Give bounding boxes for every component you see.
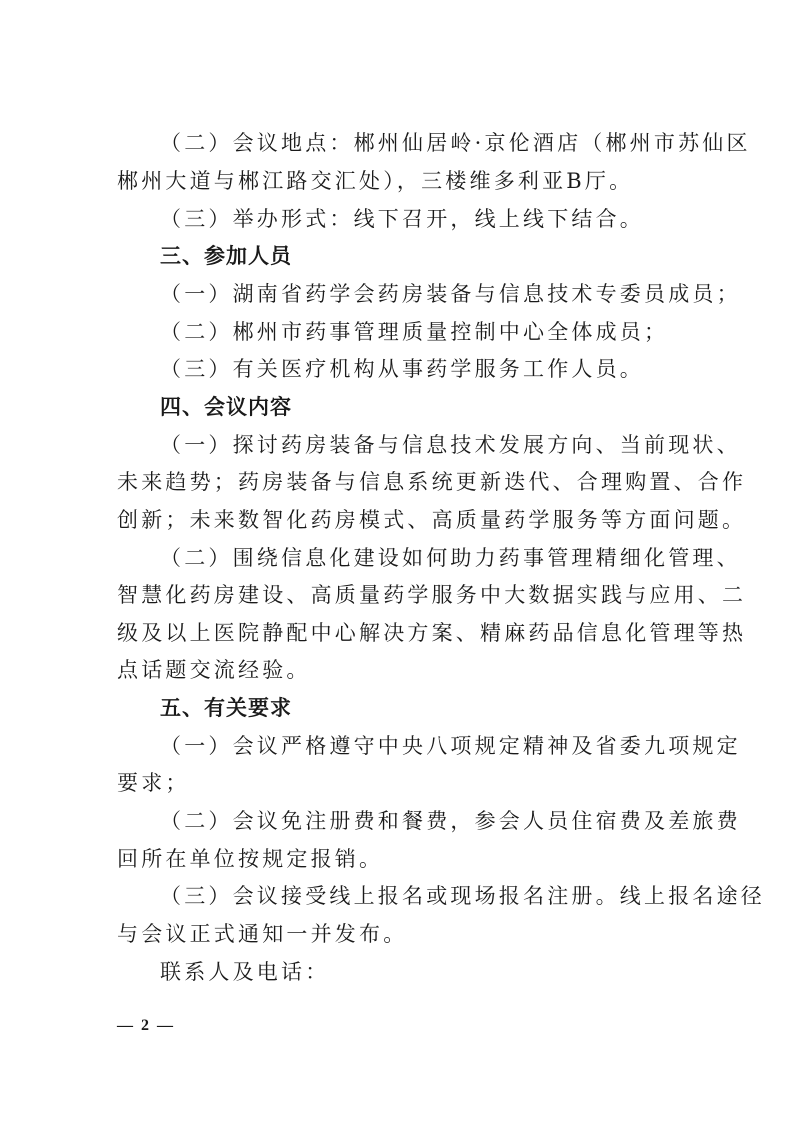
paragraph-line: （二）郴州市药事管理质量控制中心全体成员； (160, 317, 668, 347)
paragraph-line: （一）探讨药房装备与信息技术发展方向、当前现状、 (160, 430, 741, 460)
paragraph-line: 回所在单位按规定报销。 (117, 844, 383, 874)
section-heading: 四、会议内容 (160, 392, 292, 422)
paragraph-line: （二）会议免注册费和餐费，参会人员住宿费及差旅费 (160, 806, 741, 836)
paragraph-line: 创新；未来数智化药房模式、高质量药学服务等方面问题。 (117, 505, 746, 535)
paragraph-line: （二）会议地点：郴州仙居岭·京伦酒店（郴州市苏仙区 (160, 128, 751, 158)
section-heading: 五、有关要求 (160, 693, 292, 723)
paragraph-line: （三）会议接受线上报名或现场报名注册。线上报名途径 (160, 881, 765, 911)
paragraph-line: （一）会议严格遵守中央八项规定精神及省委九项规定 (160, 731, 741, 761)
paragraph-line: 智慧化药房建设、高质量药学服务中大数据实践与应用、二 (117, 580, 746, 610)
paragraph-line: （三）有关医疗机构从事药学服务工作人员。 (160, 354, 644, 384)
paragraph-line: （三）举办形式：线下召开，线上线下结合。 (160, 204, 644, 234)
paragraph-line: （一）湖南省药学会药房装备与信息技术专委员成员； (160, 279, 741, 309)
contact-label: 联系人及电话： (160, 957, 329, 987)
paragraph-line: 级及以上医院静配中心解决方案、精麻药品信息化管理等热 (117, 618, 746, 648)
paragraph-line: 郴州大道与郴江路交汇处），三楼维多利亚B厅。 (117, 166, 633, 196)
section-heading: 三、参加人员 (160, 241, 292, 271)
paragraph-line: （二）围绕信息化建设如何助力药事管理精细化管理、 (160, 543, 741, 573)
paragraph-line: 要求； (117, 768, 190, 798)
page-number: — 2 — (117, 1017, 175, 1035)
paragraph-line: 未来趋势；药房装备与信息系统更新迭代、合理购置、合作 (117, 467, 746, 497)
paragraph-line: 与会议正式通知一并发布。 (117, 919, 407, 949)
paragraph-line: 点话题交流经验。 (117, 655, 311, 685)
